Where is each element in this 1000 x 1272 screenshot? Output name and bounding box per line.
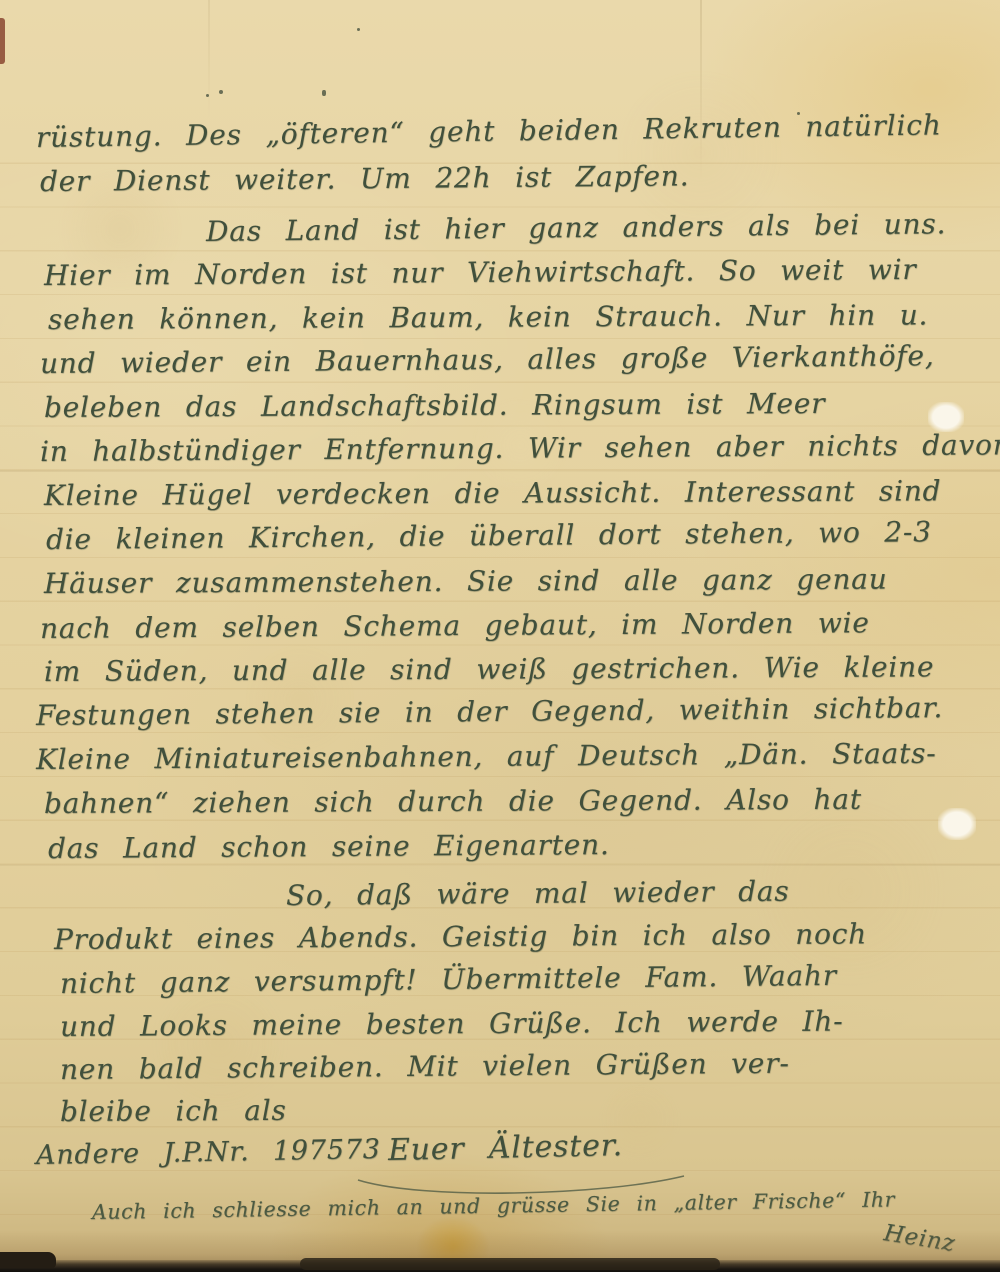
scan-edge-mark (0, 18, 5, 64)
paper-bottom-edge (300, 1258, 720, 1270)
letter-line: bleibe ich als (60, 1097, 287, 1126)
letter-line: Kleine Hügel verdecken die Aussicht. Int… (44, 477, 941, 510)
letter-line: das Land schon seine Eigenarten. (48, 831, 610, 863)
damage-spot (928, 402, 964, 432)
paper-bottom-edge (0, 1252, 56, 1268)
crease-vertical (208, 0, 210, 120)
letter-line: Hier im Norden ist nur Viehwirtschaft. S… (44, 256, 917, 290)
sender-feldpost-number: Andere J.P.Nr. 197573 (36, 1136, 381, 1169)
crease-horizontal (0, 470, 1000, 472)
letter-line: nen bald schreiben. Mit vielen Grüßen ve… (60, 1050, 790, 1084)
letter-line: in halbstündiger Entfernung. Wir sehen a… (40, 431, 1000, 466)
ink-speck (206, 94, 209, 97)
letter-line: Festungen stehen sie in der Gegend, weit… (36, 694, 943, 730)
ink-speck (322, 90, 326, 96)
letter-line: der Dienst weiter. Um 22h ist Zapfen. (40, 162, 690, 196)
letter-line: bahnen“ ziehen sich durch die Gegend. Al… (44, 786, 862, 818)
signature: Euer Ältester. (388, 1131, 623, 1166)
letter-line: sehen können, kein Baum, kein Strauch. N… (48, 301, 928, 334)
ink-speck (357, 28, 360, 31)
letter-line: im Süden, und alle sind weiß gestrichen.… (44, 653, 934, 686)
letter-line: nicht ganz versumpft! Übermittele Fam. W… (60, 962, 837, 998)
letter-line: Kleine Miniatureisenbahnen, auf Deutsch … (36, 740, 937, 774)
letter-line: die kleinen Kirchen, die überall dort st… (46, 518, 932, 554)
letter-line: beleben das Landschaftsbild. Ringsum ist… (44, 390, 826, 422)
letter-line: Häuser zusammenstehen. Sie sind alle gan… (44, 566, 888, 598)
letter-line: So, daß wäre mal wieder das (286, 878, 790, 910)
letter-line: und wieder ein Bauernhaus, alles große V… (40, 342, 935, 378)
crease-horizontal (0, 864, 1000, 866)
letter-line: und Looks meine besten Grüße. Ich werde … (60, 1008, 844, 1041)
letter-line: Das Land ist hier ganz anders als bei un… (206, 210, 947, 246)
letter-line: Produkt eines Abends. Geistig bin ich al… (54, 920, 867, 954)
crease-vertical (700, 0, 702, 180)
letter-line: nach dem selben Schema gebaut, im Norden… (40, 609, 870, 643)
ink-speck (219, 90, 223, 94)
damage-spot (938, 808, 976, 840)
